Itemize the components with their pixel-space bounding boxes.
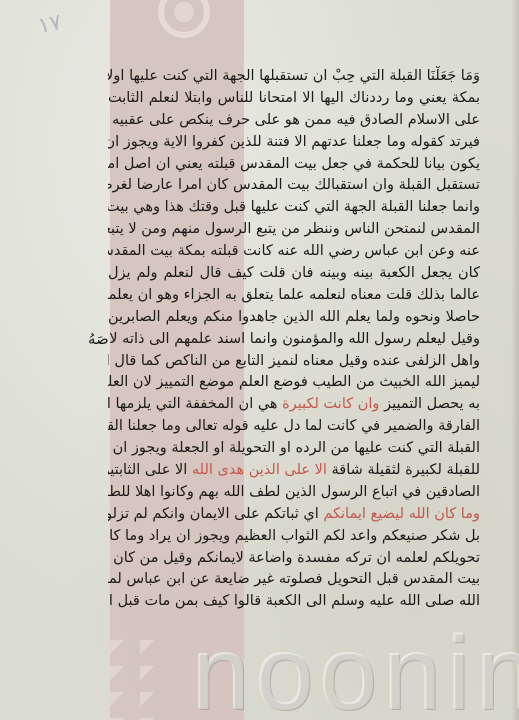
line-text: فيرتد كقوله وما جعلنا عدتهم الا فتنة للذ…: [108, 134, 480, 150]
page-edge: [511, 0, 519, 720]
text-line: الله صلى الله عليه وسلم الى الكعبة قالوا…: [108, 591, 480, 613]
text-line: بل شكر صنيعكم واعد لكم الثواب العظيم ويج…: [108, 526, 480, 548]
line-text: به يحصل التمييز: [384, 396, 480, 412]
line-text: واهل الزلفى عنده وقيل معناه لنميز التابع…: [108, 353, 480, 369]
text-line: المقدس لنمتحن الناس وننظر من يتبع الرسول…: [108, 219, 480, 241]
line-text: وقيل ليعلم رسول الله والمؤمنون وانما اسن…: [108, 331, 480, 347]
line-text: الفارقة والضمير في كانت لما دل عليه قوله…: [108, 418, 480, 434]
line-text: بيت المقدس قبل التحويل فصلوته غير ضايعة …: [108, 571, 480, 587]
text-line: الصادقين في اتباع الرسول الذين لطف الله …: [108, 482, 480, 504]
line-text: ليميز الله الخبيث من الطيب فوضع العلم مو…: [108, 374, 480, 390]
line-text: الصادقين في اتباع الرسول الذين لطف الله …: [108, 484, 480, 500]
line-text: كان يجعل الكعبة بينه وبينه فان قلت كيف ق…: [108, 265, 480, 281]
line-text: يكون بيانا للحكمة في جعل بيت المقدس قبلت…: [108, 156, 480, 172]
manuscript-page: ١٧ صَهُ وَمَا جَعَلْنَا القبلة التي حِبْ…: [0, 0, 519, 720]
line-text: حاصلا ونحوه ولما يعلم الله الذين جاهدوا …: [108, 309, 480, 325]
margin-note: صَهُ: [88, 330, 109, 348]
line-text: بمكة يعني وما رددناك اليها الا امتحانا ل…: [108, 90, 480, 106]
line-text: الله صلى الله عليه وسلم الى الكعبة قالوا…: [108, 593, 480, 609]
text-line: وَمَا جَعَلْنَا القبلة التي حِبْ ان تستق…: [108, 66, 480, 88]
line-text: تحويلكم لعلمه ان تركه مفسدة واضاعة لايما…: [108, 550, 480, 566]
text-line: للقبلة لكبيرة لثقيلة شاقة الا على الذين …: [108, 460, 480, 482]
text-line: كان يجعل الكعبة بينه وبينه فان قلت كيف ق…: [108, 263, 480, 285]
text-line: تستقبل القبلة وان استقبالك بيت المقدس كا…: [108, 175, 480, 197]
folio-number: ١٧: [36, 10, 64, 39]
line-text: تستقبل القبلة وان استقبالك بيت المقدس كا…: [108, 177, 480, 193]
text-line: عنه وعن ابن عباس رضي الله عنه كانت قبلته…: [108, 241, 480, 263]
text-line: فيرتد كقوله وما جعلنا عدتهم الا فتنة للذ…: [108, 132, 480, 154]
line-text: على الاسلام الصادق فيه ممن هو على حرف ين…: [108, 112, 480, 128]
line-text: القبلة التي كنت عليها من الرده او التحوي…: [108, 440, 480, 456]
text-line: ليميز الله الخبيث من الطيب فوضع العلم مو…: [108, 372, 480, 394]
rubric-text: وما كان الله ليضيع ايمانكم: [323, 506, 480, 522]
line-text: المقدس لنمتحن الناس وننظر من يتبع الرسول…: [108, 221, 480, 237]
text-line: به يحصل التمييز وان كانت لكبيرة هي ان ال…: [108, 394, 480, 416]
text-line: وانما جعلنا القبلة الجهة التي كنت عليها …: [108, 197, 480, 219]
text-line: وقيل ليعلم رسول الله والمؤمنون وانما اسن…: [108, 329, 480, 351]
watermark-text: noonin: [192, 624, 519, 720]
line-text: عنه وعن ابن عباس رضي الله عنه كانت قبلته…: [108, 243, 480, 259]
text-line: على الاسلام الصادق فيه ممن هو على حرف ين…: [108, 110, 480, 132]
manuscript-text: وَمَا جَعَلْنَا القبلة التي حِبْ ان تستق…: [108, 66, 480, 613]
line-text: عالما بذلك قلت معناه لنعلمه علما يتعلق ب…: [108, 287, 480, 303]
line-text: وَمَا جَعَلْنَا القبلة التي حِبْ ان تستق…: [108, 68, 480, 84]
watermark-zigzag: [110, 640, 170, 720]
line-text: بل شكر صنيعكم واعد لكم الثواب العظيم ويج…: [108, 528, 480, 544]
line-text: للقبلة لكبيرة لثقيلة شاقة: [332, 462, 480, 478]
text-line: عالما بذلك قلت معناه لنعلمه علما يتعلق ب…: [108, 285, 480, 307]
line-text: اي ثباتكم على الايمان وانكم لم تزلوا ولم…: [108, 506, 319, 522]
text-line: يكون بيانا للحكمة في جعل بيت المقدس قبلت…: [108, 154, 480, 176]
line-text: الا على الثابتين: [108, 462, 187, 478]
text-line: تحويلكم لعلمه ان تركه مفسدة واضاعة لايما…: [108, 548, 480, 570]
text-line: وما كان الله ليضيع ايمانكم اي ثباتكم على…: [108, 504, 480, 526]
line-text: وانما جعلنا القبلة الجهة التي كنت عليها …: [108, 199, 480, 215]
text-line: واهل الزلفى عنده وقيل معناه لنميز التابع…: [108, 351, 480, 373]
text-line: بيت المقدس قبل التحويل فصلوته غير ضايعة …: [108, 569, 480, 591]
line-text: هي ان المخففة التي يلزمها اللام: [108, 396, 278, 412]
rubric-text: وان كانت لكبيرة: [282, 396, 379, 412]
text-line: حاصلا ونحوه ولما يعلم الله الذين جاهدوا …: [108, 307, 480, 329]
text-line: القبلة التي كنت عليها من الرده او التحوي…: [108, 438, 480, 460]
text-line: بمكة يعني وما رددناك اليها الا امتحانا ل…: [108, 88, 480, 110]
rubric-text: الا على الذين هدى الله: [192, 462, 327, 478]
text-line: الفارقة والضمير في كانت لما دل عليه قوله…: [108, 416, 480, 438]
